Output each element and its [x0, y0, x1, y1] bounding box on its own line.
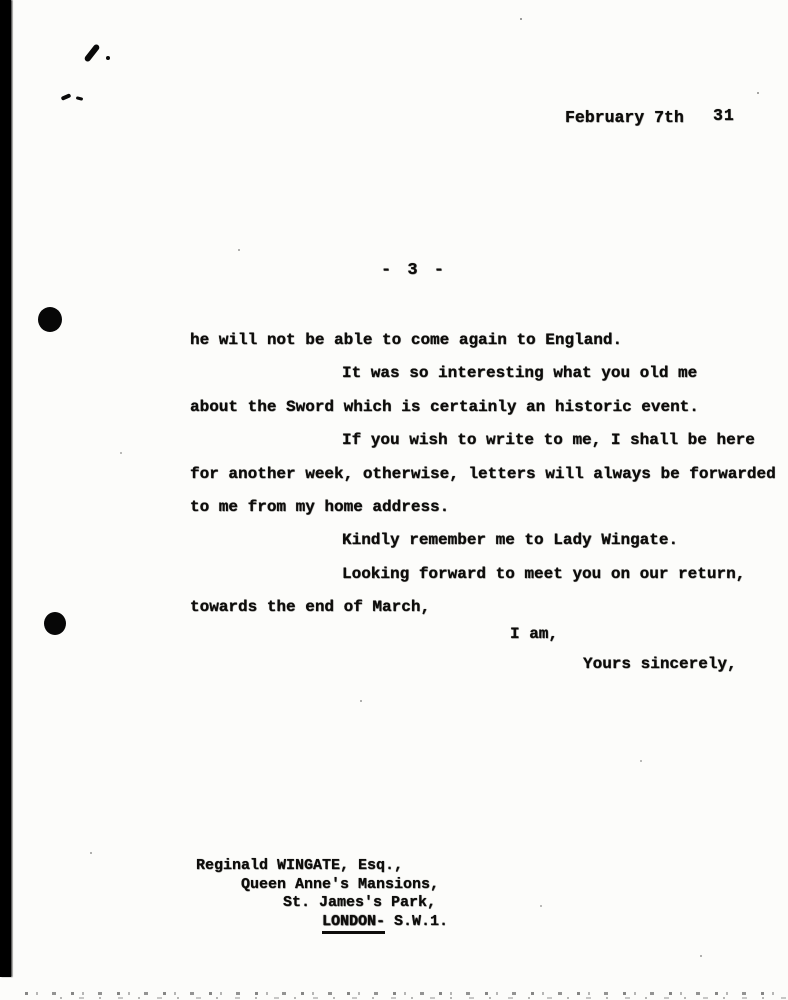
hole-punch-top — [38, 307, 62, 332]
recipient-postal: S.W.1. — [385, 913, 448, 930]
ink-mark-slash — [83, 43, 100, 62]
letter-line: If you wish to write to me, I shall be h… — [190, 424, 788, 457]
letter-line: It was so interesting what you old me — [190, 357, 788, 390]
scan-edge-strip — [0, 0, 11, 977]
letter-date: February 7th — [565, 108, 684, 127]
ink-mark-tick — [61, 93, 72, 101]
recipient-city: LONDON- — [322, 913, 385, 934]
letter-line: about the Sword which is certainly an hi… — [190, 391, 788, 424]
recipient-address: Reginald WINGATE, Esq., Queen Anne's Man… — [196, 857, 448, 931]
letter-line: Looking forward to meet you on our retur… — [190, 558, 788, 591]
page-number: - 3 - — [381, 261, 447, 280]
letter-line: he will not be able to come again to Eng… — [190, 324, 788, 357]
scan-noise-band — [25, 992, 788, 995]
ink-mark-dot — [106, 56, 110, 60]
ink-mark-tick — [76, 96, 84, 101]
scan-specks — [0, 0, 2, 2]
closing-yours-sincerely: Yours sincerely, — [190, 648, 788, 681]
letter-body: he will not be able to come again to Eng… — [190, 324, 788, 681]
letter-line: to me from my home address. — [190, 491, 788, 524]
hole-punch-bottom — [44, 612, 66, 635]
recipient-street2: St. James's Park, — [196, 894, 448, 913]
letter-line: Kindly remember me to Lady Wingate. — [190, 524, 788, 557]
page-ref-number: 31 — [713, 106, 735, 125]
recipient-street1: Queen Anne's Mansions, — [196, 876, 448, 895]
recipient-name: Reginald WINGATE, Esq., — [196, 857, 448, 876]
scan-noise-band — [60, 997, 788, 999]
letter-line: for another week, otherwise, letters wil… — [190, 458, 788, 491]
recipient-city-line: LONDON- S.W.1. — [196, 913, 448, 932]
letter-header: February 7th 31 — [565, 108, 684, 127]
scanned-letter-page: February 7th 31 - 3 - he will not be abl… — [0, 0, 788, 1000]
